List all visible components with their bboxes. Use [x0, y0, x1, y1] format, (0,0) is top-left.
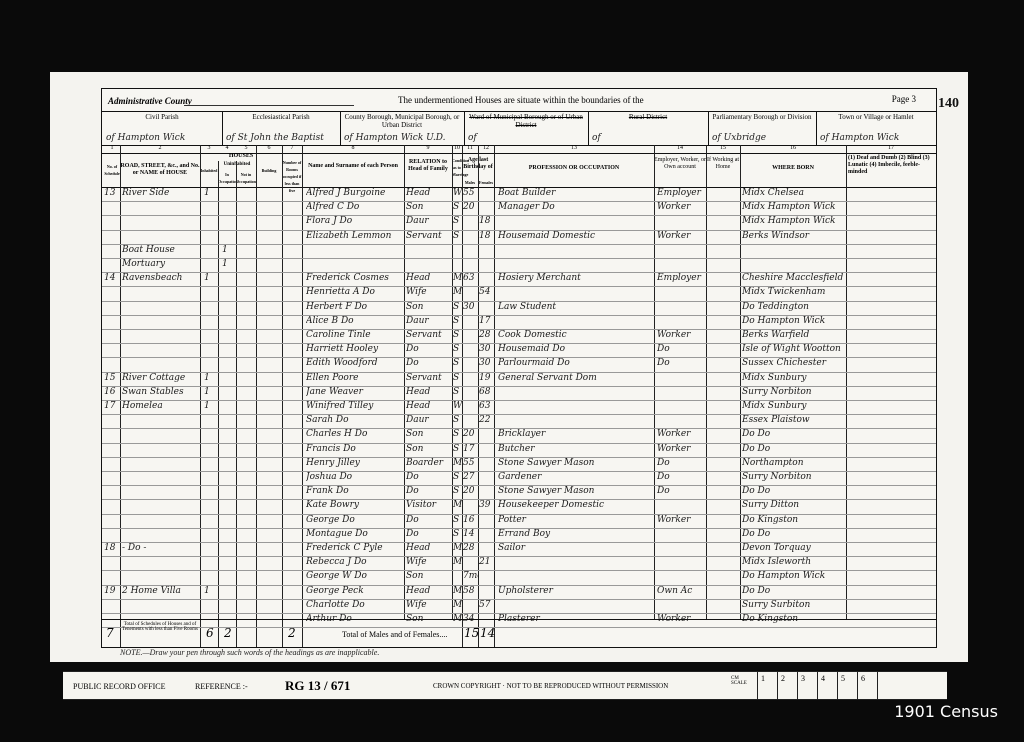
cell-occ: General Servant Dom	[498, 373, 654, 383]
cell-name: Henrietta A Do	[306, 287, 404, 297]
cell-road: River Cottage	[122, 373, 200, 383]
cell-name: George W Do	[306, 571, 404, 581]
cell-name: Frederick C Pyle	[306, 543, 404, 553]
cell-emp: Worker	[657, 515, 705, 525]
cell-road: 2 Home Villa	[122, 586, 200, 596]
cell-born: Midx Chelsea	[742, 188, 846, 198]
cell-born: Cheshire Macclesfield	[742, 273, 846, 283]
cell-cond: M	[453, 586, 463, 596]
table-row: 13River Side1Alfred J BurgoineHeadWid55B…	[102, 187, 936, 202]
cell-m: 20	[463, 202, 479, 212]
page-label: Page 3	[892, 94, 916, 104]
cell-sched: 14	[104, 273, 120, 283]
cell-cond: M	[453, 458, 463, 468]
cell-rel: Wife	[406, 557, 452, 567]
cell-m: 30	[463, 302, 479, 312]
cell-name: George Peck	[306, 586, 404, 596]
cell-name: Alfred J Burgoine	[306, 188, 404, 198]
cell-emp: Own Ac	[657, 586, 705, 596]
cell-m: 20	[463, 429, 479, 439]
cell-f: 18	[479, 216, 495, 226]
cell-f: 68	[479, 387, 495, 397]
cell-born: Essex Plaistow	[742, 415, 846, 425]
cell-name: Francis Do	[306, 444, 404, 454]
cell-born: Berks Warfield	[742, 330, 846, 340]
cell-born: Do Do	[742, 444, 846, 454]
total-rooms: 2	[288, 626, 296, 640]
cell-emp: Worker	[657, 330, 705, 340]
cell-occ: Cook Domestic	[498, 330, 654, 340]
cell-rel: Son	[406, 302, 452, 312]
cell-cond: S	[453, 415, 463, 425]
cell-cond: Wid	[453, 188, 463, 198]
cell-emp: Worker	[657, 444, 705, 454]
cell-born: Midx Hampton Wick	[742, 216, 846, 226]
table-row: 17Homelea1Winifred TilleyHeadWid63Midx S…	[102, 400, 936, 415]
cell-name: Frank Do	[306, 486, 404, 496]
cell-rel: Daur	[406, 316, 452, 326]
cell-cond: M	[453, 600, 463, 610]
table-row: 192 Home Villa1George PeckHeadM58Upholst…	[102, 585, 936, 600]
cell-cond: S	[453, 344, 463, 354]
cell-rel: Son	[406, 571, 452, 581]
header-districts: Civil Parish of Hampton Wick Ecclesiasti…	[102, 111, 936, 146]
cell-born: Do Do	[742, 429, 846, 439]
total-schedules: 7	[106, 626, 114, 640]
civil-parish: Civil Parish of Hampton Wick	[102, 111, 223, 145]
cell-occ: Parlourmaid Do	[498, 358, 654, 368]
table-row: Frank DoDoS20Stone Sawyer MasonDoDo Do	[102, 485, 936, 500]
cell-born: Do Hampton Wick	[742, 316, 846, 326]
cell-cond: S	[453, 486, 463, 496]
cell-m: 63	[463, 273, 479, 283]
cell-f: 19	[479, 373, 495, 383]
cell-cond: S	[453, 302, 463, 312]
cell-road: Ravensbeach	[122, 273, 200, 283]
cell-rel: Do	[406, 486, 452, 496]
cell-born: Isle of Wight Wootton	[742, 344, 846, 354]
cell-born: Do Hampton Wick	[742, 571, 846, 581]
cell-cond: M	[453, 287, 463, 297]
cell-rel: Head	[406, 387, 452, 397]
cell-born: Berks Windsor	[742, 231, 846, 241]
table-row: 15River Cottage1Ellen PooreServantS19Gen…	[102, 372, 936, 387]
form-note: NOTE.—Draw your pen through such words o…	[120, 648, 379, 657]
table-row: Caroline TinleServantS28Cook DomesticWor…	[102, 329, 936, 344]
cell-name: Alice B Do	[306, 316, 404, 326]
cell-rel: Servant	[406, 330, 452, 340]
cell-m: 14	[463, 529, 479, 539]
cell-emp: Do	[657, 358, 705, 368]
cell-rel: Son	[406, 202, 452, 212]
cell-name: Sarah Do	[306, 415, 404, 425]
cell-emp: Do	[657, 472, 705, 482]
total-schedules-label: Total of Schedules of Houses and of Tene…	[122, 622, 198, 632]
cell-born: Midx Sunbury	[742, 373, 846, 383]
cell-name: Harriett Hooley	[306, 344, 404, 354]
cell-occ: Stone Sawyer Mason	[498, 486, 654, 496]
cell-occ: Housemaid Do	[498, 344, 654, 354]
cell-occ: Housemaid Domestic	[498, 231, 654, 241]
cell-f: 63	[479, 401, 495, 411]
cell-rel: Daur	[406, 415, 452, 425]
cell-born: Midx Hampton Wick	[742, 202, 846, 212]
administrative-county-line	[184, 105, 354, 106]
cell-occ: Bricklayer	[498, 429, 654, 439]
cell-cond: S	[453, 216, 463, 226]
ward: Ward of Municipal Borough or of Urban Di…	[464, 111, 589, 145]
cell-inh: 1	[204, 387, 216, 397]
cell-emp: Do	[657, 486, 705, 496]
cell-cond: S	[453, 202, 463, 212]
cell-emp: Employer	[657, 188, 705, 198]
cell-f: 57	[479, 600, 495, 610]
table-row: Flora J DoDaurS18Midx Hampton Wick	[102, 215, 936, 230]
cell-name: Montague Do	[306, 529, 404, 539]
cell-rel: Head	[406, 401, 452, 411]
cell-name: Caroline Tinle	[306, 330, 404, 340]
cell-name: Joshua Do	[306, 472, 404, 482]
cell-rel: Do	[406, 344, 452, 354]
cm-scale: 1 2 3 4 5 6	[757, 672, 941, 699]
cell-f: 28	[479, 330, 495, 340]
administrative-county-label: Administrative County	[108, 96, 192, 106]
rural-district: Rural District of	[588, 111, 709, 145]
total-males-females-label: Total of Males and of Females....	[342, 630, 447, 639]
cell-cond: S	[453, 330, 463, 340]
cell-born: Surry Ditton	[742, 500, 846, 510]
cell-sched: 13	[104, 188, 120, 198]
cell-born: Surry Norbiton	[742, 387, 846, 397]
cell-born: Midx Sunbury	[742, 401, 846, 411]
cell-cond: S	[453, 444, 463, 454]
cell-m: 17	[463, 444, 479, 454]
table-row: 16Swan Stables1Jane WeaverHeadS68Surry N…	[102, 386, 936, 401]
total-males: 15	[464, 626, 479, 640]
copyright-notice: CROWN COPYRIGHT · NOT TO BE REPRODUCED W…	[433, 682, 668, 690]
cell-sched: 18	[104, 543, 120, 553]
cell-m: 7mo	[463, 571, 479, 581]
cell-inh: 1	[204, 373, 216, 383]
cell-born: Do Do	[742, 586, 846, 596]
office-label: PUBLIC RECORD OFFICE	[73, 682, 165, 691]
cell-cond: M	[453, 500, 463, 510]
cell-rel: Do	[406, 515, 452, 525]
cell-born: Midx Twickenham	[742, 287, 846, 297]
cell-occ: Upholsterer	[498, 586, 654, 596]
cell-emp: Worker	[657, 231, 705, 241]
cell-name: Henry Jilley	[306, 458, 404, 468]
cell-cond: S	[453, 316, 463, 326]
cell-rel: Head	[406, 543, 452, 553]
cell-road: Mortuary	[122, 259, 200, 269]
cell-occ: Butcher	[498, 444, 654, 454]
cell-f: 18	[479, 231, 495, 241]
cell-road: Homelea	[122, 401, 200, 411]
cell-name: Jane Weaver	[306, 387, 404, 397]
cell-rel: Wife	[406, 600, 452, 610]
cell-m: 20	[463, 486, 479, 496]
table-row: Boat House1	[102, 244, 936, 259]
table-row: Henrietta A DoWifeM54Midx Twickenham	[102, 286, 936, 301]
table-row: Montague DoDoS14Errand BoyDo Do	[102, 528, 936, 543]
cell-rel: Do	[406, 358, 452, 368]
cell-rel: Head	[406, 586, 452, 596]
ecclesiastical-parish: Ecclesiastical Parish of St John the Bap…	[222, 111, 341, 145]
cell-cond: S	[453, 515, 463, 525]
cell-name: Ellen Poore	[306, 373, 404, 383]
cell-f: 30	[479, 344, 495, 354]
cell-cond: S	[453, 358, 463, 368]
cell-rel: Servant	[406, 231, 452, 241]
cell-cond: S	[453, 429, 463, 439]
cell-sched: 17	[104, 401, 120, 411]
cell-rel: Head	[406, 273, 452, 283]
scale-label: CM SCALE	[731, 676, 753, 686]
cell-cond: Wid	[453, 401, 463, 411]
archive-footer: PUBLIC RECORD OFFICE REFERENCE :- RG 13 …	[63, 671, 947, 700]
cell-occ: Gardener	[498, 472, 654, 482]
cell-occ: Law Student	[498, 302, 654, 312]
cell-inh: 1	[204, 273, 216, 283]
table-row: Alfred C DoSonS20Manager DoWorkerMidx Ha…	[102, 201, 936, 216]
table-row: Harriett HooleyDoS30Housemaid DoDoIsle o…	[102, 343, 936, 358]
total-inhabited: 6	[206, 626, 214, 640]
reference-value: RG 13 / 671	[285, 678, 350, 694]
cell-rel: Son	[406, 444, 452, 454]
cell-cond: S	[453, 231, 463, 241]
table-row: Francis DoSonS17ButcherWorkerDo Do	[102, 443, 936, 458]
cell-emp: Worker	[657, 429, 705, 439]
cell-rel: Wife	[406, 287, 452, 297]
cell-emp: Do	[657, 344, 705, 354]
cell-cond: S	[453, 373, 463, 383]
cell-born: Do Teddington	[742, 302, 846, 312]
cell-emp: Worker	[657, 202, 705, 212]
cell-unocc: 1	[222, 259, 234, 269]
cell-cond: S	[453, 472, 463, 482]
table-row: Kate BowryVisitorM39Housekeeper Domestic…	[102, 499, 936, 514]
cell-f: 54	[479, 287, 495, 297]
table-row: Joshua DoDoS27GardenerDoSurry Norbiton	[102, 471, 936, 486]
cell-name: Rebecca J Do	[306, 557, 404, 567]
cell-road: - Do -	[122, 543, 200, 553]
cell-f: 30	[479, 358, 495, 368]
cell-born: Midx Isleworth	[742, 557, 846, 567]
cell-cond: S	[453, 387, 463, 397]
cell-name: Alfred C Do	[306, 202, 404, 212]
cell-f: 39	[479, 500, 495, 510]
cell-rel: Daur	[406, 216, 452, 226]
folio-number: 140	[938, 96, 959, 112]
header-top: Administrative County The undermentioned…	[102, 89, 936, 112]
cell-born: Do Do	[742, 529, 846, 539]
cell-m: 28	[463, 543, 479, 553]
table-row: 18- Do -Frederick C PyleHeadM28SailorDev…	[102, 542, 936, 557]
urban-district: County Borough, Municipal Borough, or Ur…	[340, 111, 465, 145]
cell-born: Northampton	[742, 458, 846, 468]
cell-occ: Manager Do	[498, 202, 654, 212]
table-row: Henry JilleyBoarderM55Stone Sawyer Mason…	[102, 457, 936, 472]
cell-name: Elizabeth Lemmon	[306, 231, 404, 241]
table-row: Edith WoodfordDoS30Parlourmaid DoDoSusse…	[102, 357, 936, 372]
cell-unocc: 1	[222, 245, 234, 255]
column-headings: No. of Schedule ROAD, STREET, &c., and N…	[102, 153, 936, 188]
cell-born: Devon Torquay	[742, 543, 846, 553]
cell-name: Charlotte Do	[306, 600, 404, 610]
cell-rel: Head	[406, 188, 452, 198]
reference-label: REFERENCE :-	[195, 682, 248, 691]
cell-rel: Boarder	[406, 458, 452, 468]
table-row: George DoDoS16PotterWorkerDo Kingston	[102, 514, 936, 529]
cell-inh: 1	[204, 401, 216, 411]
cell-rel: Do	[406, 529, 452, 539]
table-row: Mortuary1	[102, 258, 936, 273]
cell-occ: Potter	[498, 515, 654, 525]
table-row: Rebecca J DoWifeM21Midx Isleworth	[102, 556, 936, 571]
cell-rel: Visitor	[406, 500, 452, 510]
cell-road: River Side	[122, 188, 200, 198]
table-row: Charles H DoSonS20BricklayerWorkerDo Do	[102, 428, 936, 443]
cell-f: 21	[479, 557, 495, 567]
cell-name: Frederick Cosmes	[306, 273, 404, 283]
cell-emp: Do	[657, 458, 705, 468]
cell-occ: Stone Sawyer Mason	[498, 458, 654, 468]
hamlet: Town or Village or Hamlet of Hampton Wic…	[816, 111, 936, 145]
cell-rel: Servant	[406, 373, 452, 383]
cell-rel: Son	[406, 429, 452, 439]
cell-road: Swan Stables	[122, 387, 200, 397]
cell-born: Do Do	[742, 486, 846, 496]
table-row: Elizabeth LemmonServantS18Housemaid Dome…	[102, 230, 936, 245]
cell-inh: 1	[204, 188, 216, 198]
table-row: George W DoSon7moDo Hampton Wick	[102, 570, 936, 585]
cell-born: Surry Norbiton	[742, 472, 846, 482]
cell-occ: Boat Builder	[498, 188, 654, 198]
cell-sched: 16	[104, 387, 120, 397]
cell-m: 16	[463, 515, 479, 525]
cell-m: 55	[463, 458, 479, 468]
cell-cond: M	[453, 557, 463, 567]
cell-cond: M	[453, 543, 463, 553]
parliamentary-borough: Parliamentary Borough or Division of Uxb…	[708, 111, 817, 145]
cell-cond: M	[453, 273, 463, 283]
cell-occ: Sailor	[498, 543, 654, 553]
image-caption: 1901 Census	[894, 702, 998, 721]
cell-name: Flora J Do	[306, 216, 404, 226]
total-females: 14	[480, 626, 495, 640]
table-row: Charlotte DoWifeM57Surry Surbiton	[102, 599, 936, 614]
cell-sched: 15	[104, 373, 120, 383]
cell-inh: 1	[204, 586, 216, 596]
cell-name: George Do	[306, 515, 404, 525]
cell-rel: Do	[406, 472, 452, 482]
cell-sched: 19	[104, 586, 120, 596]
cell-f: 22	[479, 415, 495, 425]
cell-m: 55	[463, 188, 479, 198]
cell-born: Surry Surbiton	[742, 600, 846, 610]
cell-name: Winifred Tilley	[306, 401, 404, 411]
table-row: Herbert F DoSonS30Law StudentDo Teddingt…	[102, 301, 936, 316]
totals-row: 7 Total of Schedules of Houses and of Te…	[102, 619, 936, 648]
header-intro: The undermentioned Houses are situate wi…	[398, 95, 644, 105]
census-form: Administrative County The undermentioned…	[101, 88, 937, 648]
cell-name: Herbert F Do	[306, 302, 404, 312]
cell-m: 27	[463, 472, 479, 482]
cell-occ: Hosiery Merchant	[498, 273, 654, 283]
cell-born: Do Kingston	[742, 515, 846, 525]
cell-m: 58	[463, 586, 479, 596]
cell-emp: Employer	[657, 273, 705, 283]
table-row: Sarah DoDaurS22Essex Plaistow	[102, 414, 936, 429]
cell-name: Kate Bowry	[306, 500, 404, 510]
cell-born: Sussex Chichester	[742, 358, 846, 368]
cell-name: Edith Woodford	[306, 358, 404, 368]
cell-f: 17	[479, 316, 495, 326]
table-row: 14Ravensbeach1Frederick CosmesHeadM63Hos…	[102, 272, 936, 287]
total-uninhabited: 2	[224, 626, 232, 640]
table-row: Alice B DoDaurS17Do Hampton Wick	[102, 315, 936, 330]
cell-occ: Errand Boy	[498, 529, 654, 539]
cell-cond: S	[453, 529, 463, 539]
cell-road: Boat House	[122, 245, 200, 255]
cell-occ: Housekeeper Domestic	[498, 500, 654, 510]
cell-name: Charles H Do	[306, 429, 404, 439]
